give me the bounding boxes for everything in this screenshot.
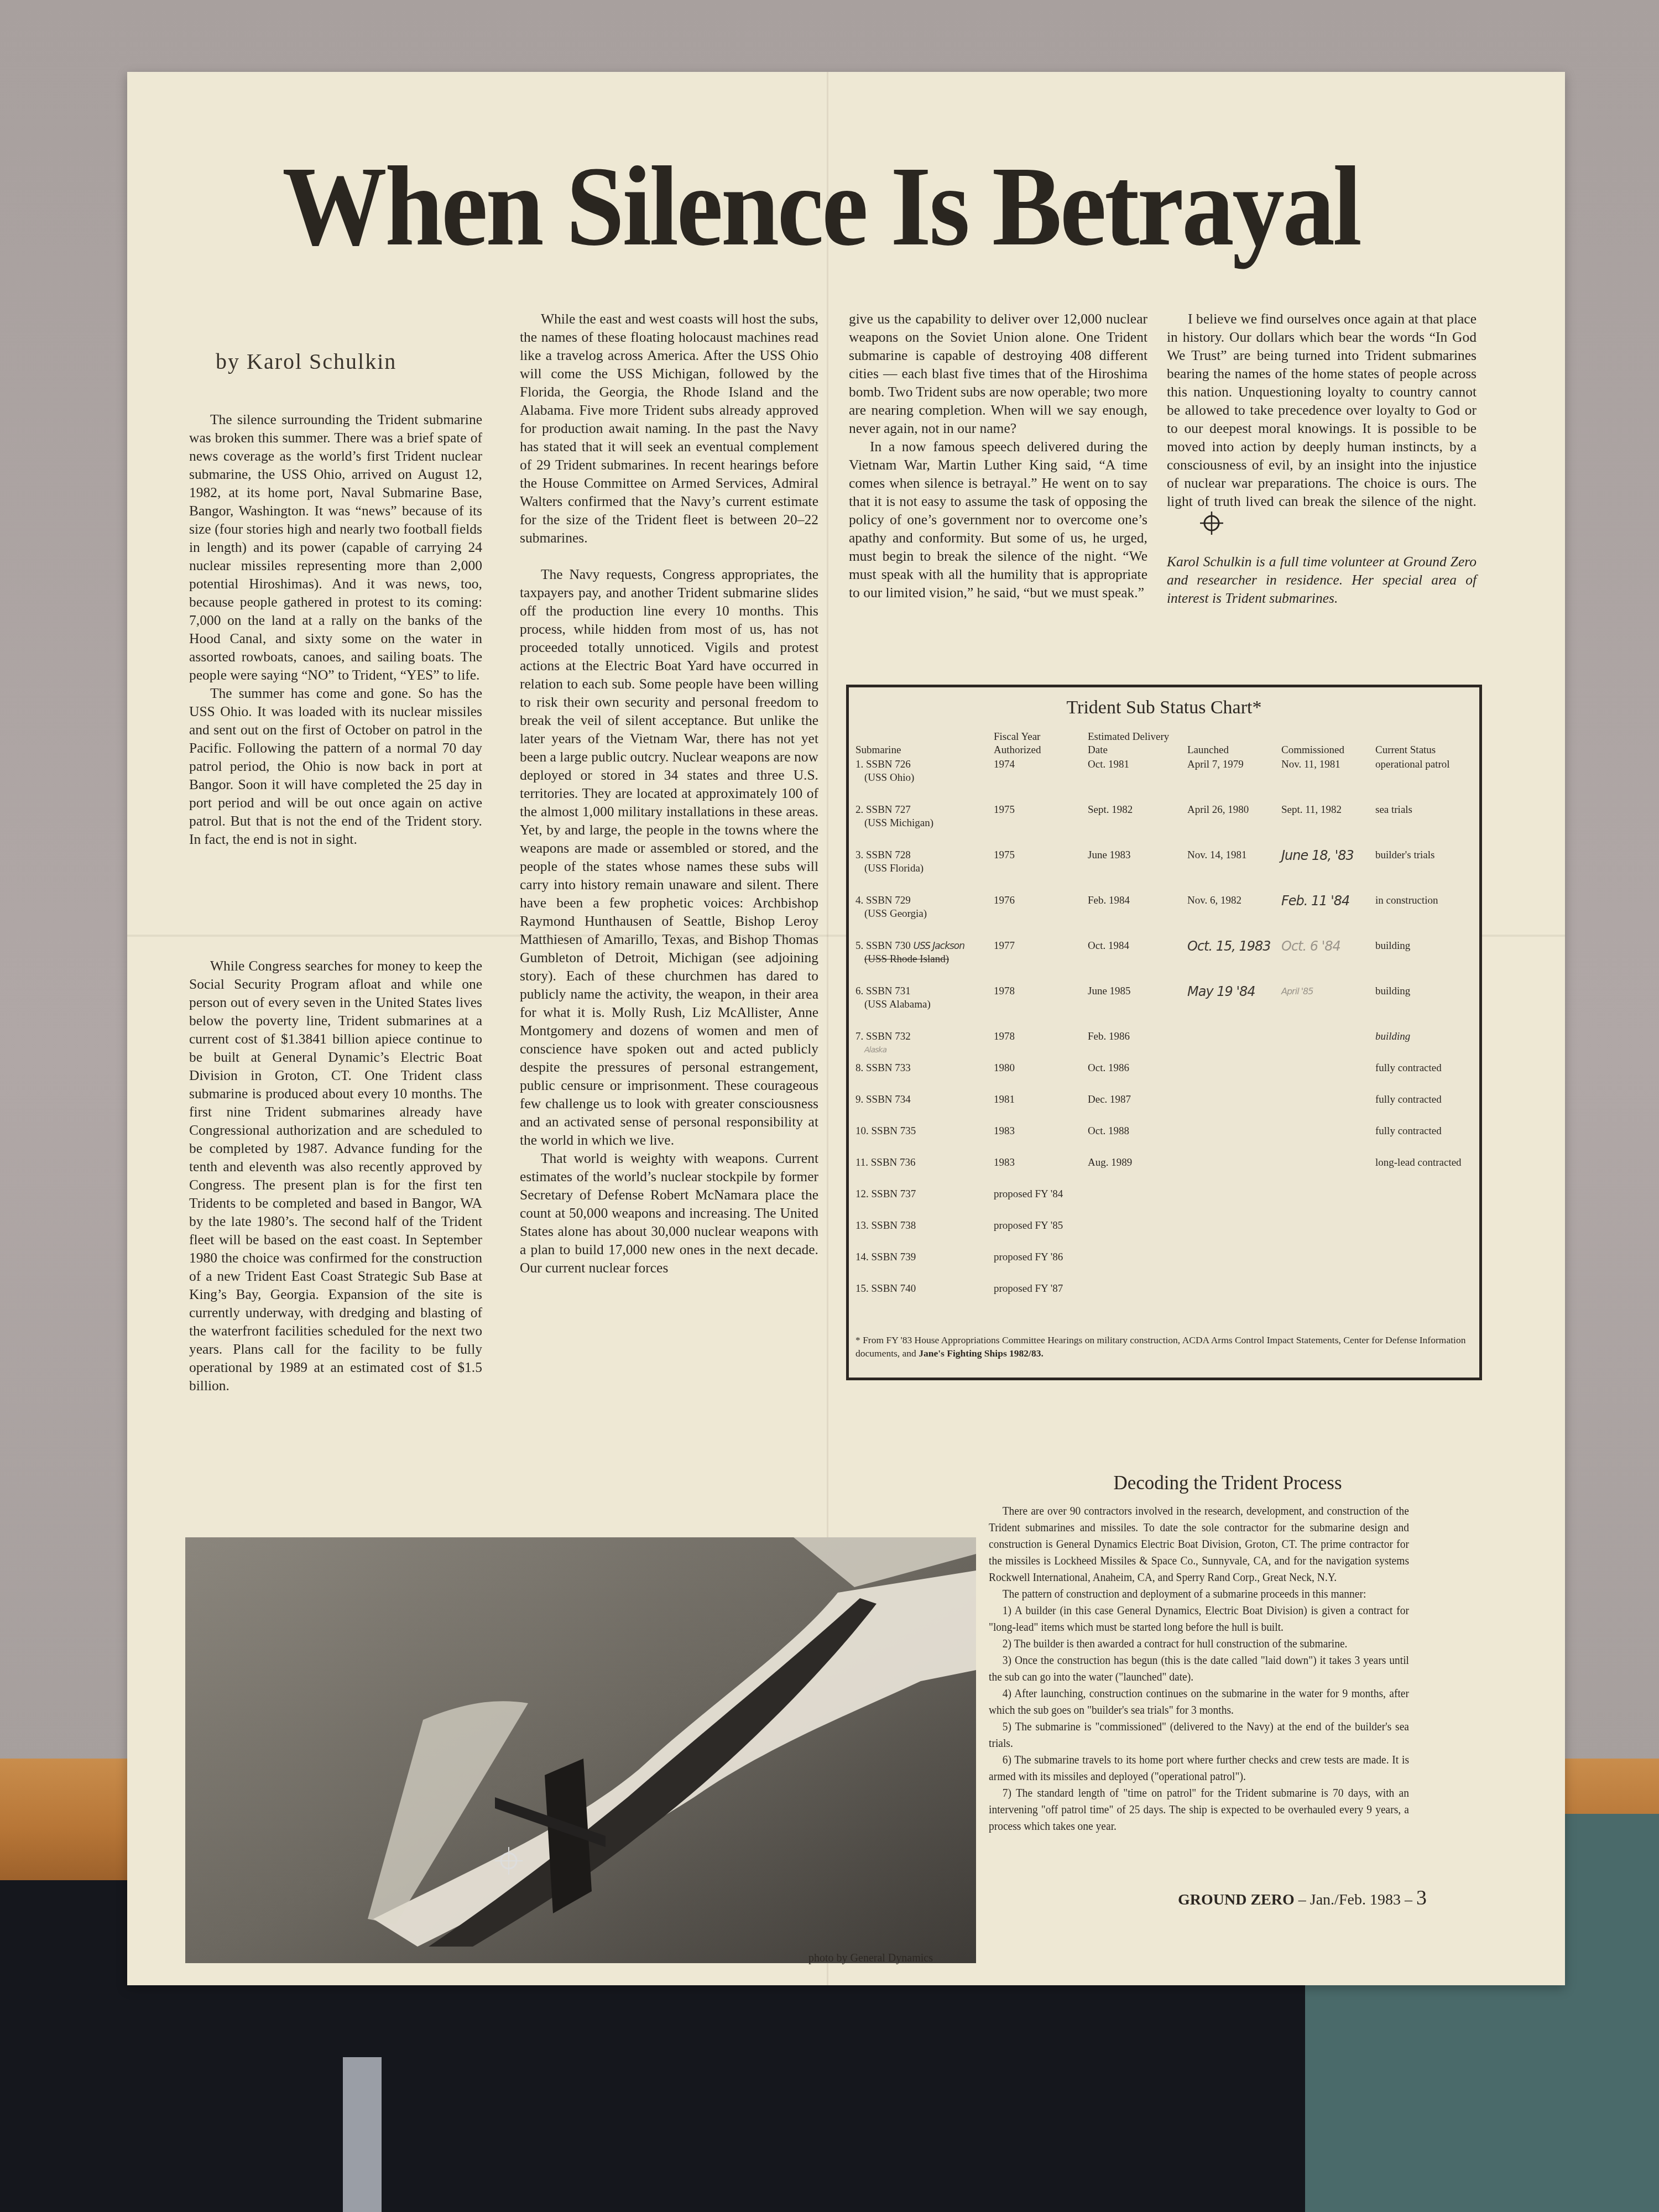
cell-delivery: Sept. 1982 [1084,804,1184,849]
table-row: 6. SSBN 731(USS Alabama) 1978 June 1985 … [852,985,1483,1030]
cell-submarine: 9. SSBN 734 [852,1093,990,1125]
cell-delivery: Oct. 1981 [1084,758,1184,804]
cell-launched [1184,1156,1278,1188]
cell-submarine: 2. SSBN 727 [855,804,911,816]
table-row: 9. SSBN 734 1981 Dec. 1987 fully contrac… [852,1093,1483,1125]
cell-launched [1184,1030,1278,1062]
cell-sub-name: (USS Alabama) [855,998,987,1011]
cell-submarine: 10. SSBN 735 [852,1125,990,1156]
cell-launched: Nov. 6, 1982 [1184,894,1278,940]
cell-launched-handwritten: May 19 '84 [1184,985,1278,1030]
cell-submarine: 15. SSBN 740 [852,1282,990,1314]
table-row: 8. SSBN 733 1980 Oct. 1986 fully contrac… [852,1062,1483,1093]
cell-fy: 1981 [990,1093,1084,1125]
cell-fy: 1978 [990,1030,1084,1062]
cell-status: fully contracted [1372,1093,1483,1125]
table-row: 5. SSBN 730 USS Jackson(USS Rhode Island… [852,940,1483,985]
cell-fy: proposed FY '85 [990,1219,1184,1251]
col-header-status: Current Status [1372,729,1483,758]
table-row: 14. SSBN 739 proposed FY '86 [852,1251,1483,1282]
decoding-title: Decoding the Trident Process [979,1472,1477,1494]
cell-delivery: Oct. 1988 [1084,1125,1184,1156]
newspaper-page: When Silence Is Betrayal by Karol Schulk… [127,72,1565,1985]
cell-launched [1184,1062,1278,1093]
cell-submarine: 8. SSBN 733 [852,1062,990,1093]
cell-submarine: 6. SSBN 731 [855,985,911,997]
chart-footnote: * From FY '83 House Appropriations Commi… [855,1333,1475,1360]
cell-sub-name: (USS Ohio) [855,771,987,785]
cell-status: building [1372,985,1483,1030]
cell-commissioned-handwritten: Feb. 11 '84 [1278,894,1372,940]
cell-submarine: 7. SSBN 732 [855,1031,911,1042]
paragraph: 6) The submarine travels to its home por… [989,1752,1409,1785]
cell-delivery: June 1985 [1084,985,1184,1030]
cell-fy: 1978 [990,985,1084,1030]
cell-fy: proposed FY '86 [990,1251,1184,1282]
table-row: 7. SSBN 732Alaska 1978 Feb. 1986 buildin… [852,1030,1483,1062]
paragraph: give us the capability to deliver over 1… [849,310,1147,437]
cell-delivery: Aug. 1989 [1084,1156,1184,1188]
table-row: 13. SSBN 738 proposed FY '85 [852,1219,1483,1251]
paragraph: While the east and west coasts will host… [520,310,818,547]
cell-commissioned: Sept. 11, 1982 [1278,804,1372,849]
cell-delivery: Feb. 1984 [1084,894,1184,940]
cell-fy: 1983 [990,1125,1084,1156]
table-row: 1. SSBN 726(USS Ohio) 1974 Oct. 1981 Apr… [852,758,1483,804]
cell-fy: 1980 [990,1062,1084,1093]
cell-status: operational patrol [1372,758,1483,804]
photo-credit: photo by General Dynamics [808,1952,933,1965]
cell-launched: Nov. 14, 1981 [1184,849,1278,894]
article-column-1-lower: While Congress searches for money to kee… [189,957,482,1395]
decoding-body: There are over 90 contractors involved i… [989,1503,1409,1835]
col-header-delivery: Estimated Delivery Date [1084,729,1184,758]
cell-status: builder's trials [1372,849,1483,894]
page-footer: GROUND ZERO – Jan./Feb. 1983 – 3 [1178,1886,1427,1910]
table-row: 3. SSBN 728(USS Florida) 1975 June 1983 … [852,849,1483,894]
col-header-launched: Launched [1184,729,1278,758]
table-row: 12. SSBN 737 proposed FY '84 [852,1188,1483,1219]
status-table: Submarine Fiscal Year Authorized Estimat… [852,729,1483,1314]
page-number: 3 [1416,1886,1427,1910]
paragraph: The silence surrounding the Trident subm… [189,410,482,684]
cell-launched [1184,1093,1278,1125]
cell-status: building [1372,940,1483,985]
chart-title: Trident Sub Status Chart* [849,697,1479,718]
cell-launched [1184,1125,1278,1156]
cell-fy: 1976 [990,894,1084,940]
cell-fy: 1983 [990,1156,1084,1188]
cell-launched: April 26, 1980 [1184,804,1278,849]
paragraph: The pattern of construction and deployme… [989,1586,1409,1603]
footnote-source: Jane's Fighting Ships 1982/83. [919,1348,1044,1359]
cell-delivery: Oct. 1986 [1084,1062,1184,1093]
col-header-fiscal-year: Fiscal Year Authorized [990,729,1084,758]
cell-commissioned: Nov. 11, 1981 [1278,758,1372,804]
cell-sub-name: (USS Georgia) [855,907,987,921]
paragraph: 2) The builder is then awarded a contrac… [989,1636,1409,1652]
crosshair-target-icon [1178,510,1203,536]
cell-commissioned [1278,1156,1372,1188]
paragraph: 3) Once the construction has begun (this… [989,1652,1409,1686]
paragraph: There are over 90 contractors involved i… [989,1503,1409,1586]
cell-commissioned-handwritten: Oct. 6 '84 [1278,940,1372,985]
cell-fy: 1974 [990,758,1084,804]
cell-status: long-lead contracted [1372,1156,1483,1188]
cell-status: sea trials [1372,804,1483,849]
cell-commissioned-handwritten: April '85 [1278,985,1372,1030]
cell-fy: 1975 [990,804,1084,849]
cell-sub-name-struck: (USS Rhode Island) [855,953,987,966]
article-column-3: give us the capability to deliver over 1… [849,310,1147,602]
cell-sub-name: (USS Michigan) [855,817,987,830]
cell-submarine: 13. SSBN 738 [852,1219,990,1251]
handwritten-annotation: USS Jackson [914,941,964,952]
cell-submarine: 5. SSBN 730 [855,940,911,952]
cell-delivery: June 1983 [1084,849,1184,894]
cell-submarine: 11. SSBN 736 [852,1156,990,1188]
author-bio: Karol Schulkin is a full time volunteer … [1167,552,1477,607]
cell-fy: 1975 [990,849,1084,894]
cell-submarine: 4. SSBN 729 [855,895,911,906]
cell-commissioned [1278,1030,1372,1062]
publication-name: GROUND ZERO [1178,1891,1295,1908]
article-column-2: While the east and west coasts will host… [520,310,818,1277]
cell-submarine: 14. SSBN 739 [852,1251,990,1282]
paragraph-text: I believe we find ourselves once again a… [1167,311,1477,509]
byline: by Karol Schulkin [216,348,397,374]
cell-status: fully contracted [1372,1062,1483,1093]
cell-submarine: 1. SSBN 726 [855,759,911,770]
table-row: 10. SSBN 735 1983 Oct. 1988 fully contra… [852,1125,1483,1156]
cell-submarine: 12. SSBN 737 [852,1188,990,1219]
cell-commissioned-handwritten: June 18, '83 [1278,849,1372,894]
paragraph: In a now famous speech delivered during … [849,437,1147,602]
cell-commissioned [1278,1062,1372,1093]
paragraph: 1) A builder (in this case General Dynam… [989,1603,1409,1636]
trident-status-chart: Trident Sub Status Chart* Submarine Fisc… [846,685,1482,1380]
col-header-commissioned: Commissioned [1278,729,1372,758]
cell-fy: proposed FY '87 [990,1282,1184,1314]
submarine-photo [185,1537,976,1963]
cell-fy: 1977 [990,940,1084,985]
table-row: 11. SSBN 736 1983 Aug. 1989 long-lead co… [852,1156,1483,1188]
submarine-illustration [185,1537,976,1963]
paragraph: The Navy requests, Congress appropriates… [520,565,818,1149]
paragraph: I believe we find ourselves once again a… [1167,310,1477,536]
table-row: 15. SSBN 740 proposed FY '87 [852,1282,1483,1314]
cell-launched: April 7, 1979 [1184,758,1278,804]
issue-date: – Jan./Feb. 1983 – [1295,1891,1416,1908]
cell-status: fully contracted [1372,1125,1483,1156]
table-row: 2. SSBN 727(USS Michigan) 1975 Sept. 198… [852,804,1483,849]
cell-delivery: Dec. 1987 [1084,1093,1184,1125]
cell-submarine: 3. SSBN 728 [855,849,911,861]
paragraph: That world is weighty with weapons. Curr… [520,1149,818,1277]
cell-launched-handwritten: Oct. 15, 1983 [1184,940,1278,985]
cell-status: building [1372,1030,1483,1062]
paragraph: The summer has come and gone. So has the… [189,684,482,848]
paragraph: 4) After launching, construction continu… [989,1686,1409,1719]
article-column-1: The silence surrounding the Trident subm… [189,410,482,848]
paragraph: 5) The submarine is "commissioned" (deli… [989,1719,1409,1752]
cell-fy: proposed FY '84 [990,1188,1184,1219]
handwritten-annotation: Alaska [855,1044,987,1057]
cell-commissioned [1278,1093,1372,1125]
cell-delivery: Oct. 1984 [1084,940,1184,985]
cell-commissioned [1278,1125,1372,1156]
article-column-4: I believe we find ourselves once again a… [1167,310,1477,607]
paragraph: While Congress searches for money to kee… [189,957,482,1395]
paragraph: 7) The standard length of "time on patro… [989,1785,1409,1835]
cell-status: in construction [1372,894,1483,940]
headline: When Silence Is Betrayal [216,149,1427,263]
col-header-submarine: Submarine [852,729,990,758]
table-header-row: Submarine Fiscal Year Authorized Estimat… [852,729,1483,758]
cell-delivery: Feb. 1986 [1084,1030,1184,1062]
cell-sub-name: (USS Florida) [855,862,987,875]
table-row: 4. SSBN 729(USS Georgia) 1976 Feb. 1984 … [852,894,1483,940]
bag-strap [343,2057,382,2212]
